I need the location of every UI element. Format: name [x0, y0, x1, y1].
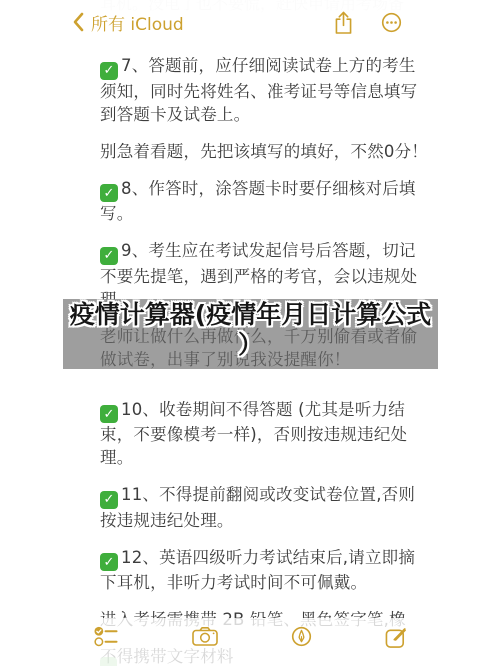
ellipsis-circle-icon [381, 12, 402, 33]
note-paragraph: ✓7、答题前，应仔细阅读试卷上方的考生须知，同时先将姓名、准考证号等信息填写到答… [100, 54, 428, 126]
notes-app-screen: 耳机。没电了也不要慌，赶快申请用考场备 所有 iCloud ✓7、答题前，应仔细… [0, 0, 500, 666]
compose-icon [385, 626, 408, 649]
chevron-left-icon [72, 12, 84, 32]
navbar: 所有 iCloud [0, 0, 500, 44]
note-paragraph: 别急着看题，先把该填写的填好，不然0分！ [100, 140, 428, 163]
navbar-actions [333, 10, 402, 35]
checkbox-checked-icon: ✓ [100, 247, 118, 265]
more-button[interactable] [381, 12, 402, 33]
camera-icon [192, 626, 218, 646]
check-glyph: ✓ [103, 64, 114, 77]
note-paragraph: ✓12、英语四级听力考试结束后,请立即摘下耳机，非听力考试时间不可佩戴。 [100, 546, 428, 595]
back-button[interactable]: 所有 iCloud [72, 10, 184, 35]
checkbox-checked-icon: ✓ [100, 491, 118, 509]
check-glyph: ✓ [103, 249, 114, 262]
checkbox-checked-icon: ✓ [100, 62, 118, 80]
watermark-title: 疫情计算器(疫情年月日计算公式 ） [63, 300, 438, 360]
checklist-icon [94, 626, 119, 647]
note-text: 10、收卷期间不得答题 (尤其是听力结束，不要像模考一样)，否则按违规违纪处理。 [100, 400, 407, 468]
checkbox-checked-icon: ✓ [100, 553, 118, 571]
markup-pen-icon [291, 626, 312, 647]
note-paragraph: ✓11、不得提前翻阅或改变试卷位置,否则按违规违纪处理。 [100, 483, 428, 532]
note-text: 7、答题前，应仔细阅读试卷上方的考生须知，同时先将姓名、准考证号等信息填写到答题… [100, 56, 417, 124]
bottom-toolbar [0, 618, 500, 666]
note-paragraph: ✓10、收卷期间不得答题 (尤其是听力结束，不要像模考一样)，否则按违规违纪处理… [100, 385, 428, 470]
watermark-title-line1: 疫情计算器(疫情年月日计算公式 [63, 300, 438, 329]
check-glyph: ✓ [103, 187, 114, 200]
back-label: 所有 iCloud [91, 10, 184, 35]
checklist-button[interactable] [94, 626, 119, 647]
checkbox-checked-icon: ✓ [100, 184, 118, 202]
note-text: 8、作答时，涂答题卡时要仔细核对后填写。 [100, 179, 416, 224]
watermark-band: 疫情计算器(疫情年月日计算公式 ） [63, 299, 438, 369]
note-text: 12、英语四级听力考试结束后,请立即摘下耳机，非听力考试时间不可佩戴。 [100, 548, 415, 593]
note-paragraph: ✓8、作答时，涂答题卡时要仔细核对后填写。 [100, 177, 428, 226]
check-glyph: ✓ [103, 556, 114, 569]
check-glyph: ✓ [103, 493, 114, 506]
camera-button[interactable] [192, 626, 218, 646]
check-glyph: ✓ [103, 408, 114, 421]
note-text: 别急着看题，先把该填写的填好，不然0分！ [100, 142, 428, 161]
checkbox-checked-icon: ✓ [100, 405, 118, 423]
share-icon [333, 10, 354, 35]
note-text: 11、不得提前翻阅或改变试卷位置,否则按违规违纪处理。 [100, 485, 415, 530]
markup-button[interactable] [291, 626, 312, 647]
watermark-title-line2: ） [63, 329, 438, 360]
compose-button[interactable] [385, 626, 408, 649]
share-button[interactable] [333, 10, 354, 35]
